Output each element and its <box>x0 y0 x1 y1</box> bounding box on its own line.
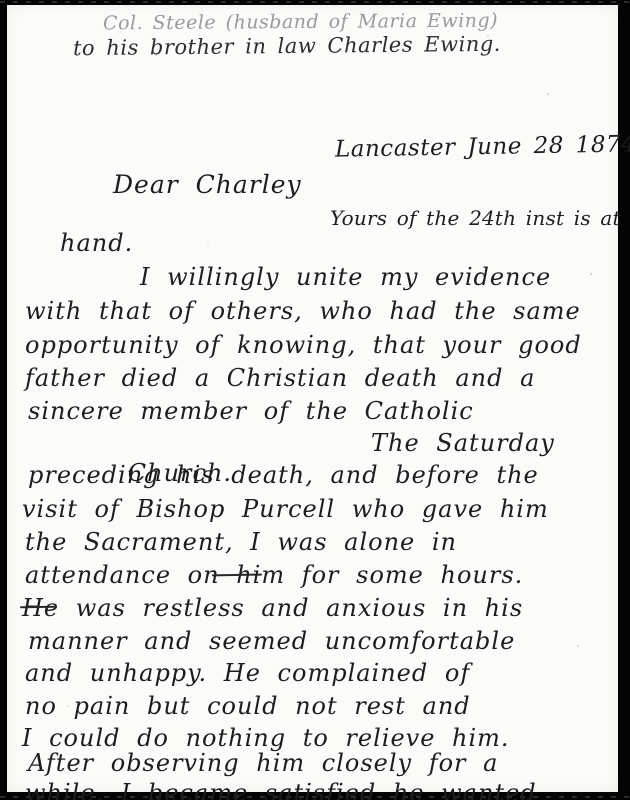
body-line: He was restless and anxious in his <box>22 593 523 623</box>
salutation: Dear Charley <box>113 170 302 200</box>
dateline: Lancaster June 28 1874 <box>335 129 630 164</box>
body-line: attendance on him for some hours. <box>25 560 523 590</box>
scanner-background: Col. Steele (husband of Maria Ewing) to … <box>0 0 630 800</box>
body-line: manner and seemed uncomfortable <box>28 626 515 656</box>
body-line: and unhappy. He complained of <box>25 658 470 688</box>
body-line: preceding his death, and before the <box>28 460 539 490</box>
body-line: Yours of the 24th inst is at <box>330 203 621 233</box>
annotation-line-2: to his brother in law Charles Ewing. <box>73 29 501 63</box>
body-line: visit of Bishop Purcell who gave him <box>22 494 549 524</box>
letter-page: Col. Steele (husband of Maria Ewing) to … <box>7 5 618 792</box>
body-line: opportunity of knowing, that your good <box>25 330 582 360</box>
body-line: no pain but could not rest and <box>25 691 471 721</box>
body-line-text-continued: The Saturday <box>371 428 555 458</box>
body-line: After observing him closely for a <box>28 748 498 778</box>
body-line: sincere member of the Catholic <box>28 396 474 426</box>
body-line: while, I became satisfied he wanted <box>25 778 537 800</box>
body-line: with that of others, who had the same <box>25 296 581 326</box>
body-line: the Sacrament, I was alone in <box>25 527 457 557</box>
body-line: father died a Christian death and a <box>25 363 535 393</box>
body-line: hand. <box>60 228 133 258</box>
body-line: I willingly unite my evidence <box>140 262 551 292</box>
scan-noise-speckles <box>7 5 9 7</box>
scan-noise-top <box>0 1 630 3</box>
